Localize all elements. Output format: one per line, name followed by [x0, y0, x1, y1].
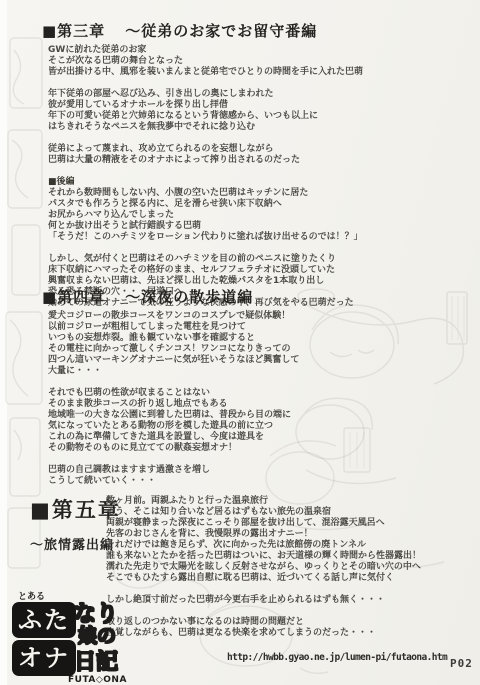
text-line: そこでもひたすら露出自慰に耽る巴萌は、近づいてくる話し声に気付く	[106, 573, 421, 584]
text-line: パスタでも作ろうと探る内に、足を滑らせ狭い床下収納へ	[48, 199, 363, 210]
text-line: それだけでは飽き足らず、次に向かった先は旅館傍の廃トンネル	[106, 540, 421, 551]
chapter5-body: 数ヶ月前。両親ふたりと行った温泉旅行 そう、そこは知り合いなど居るはずもない旅先…	[106, 496, 421, 650]
printed-url: http://hwbb.gyao.ne.jp/lumen-pi/futaona.…	[227, 652, 447, 663]
text-line: 大量に・・・	[48, 366, 299, 377]
text-line: 年下従弟の部屋へ忍び込み、引き出しの奥にしまわれた	[48, 89, 363, 100]
text-line: 皆が出掛ける中、風邪を装いまんまと従弟宅でひとりの時間を手に入れた巴萌	[48, 67, 363, 78]
logo-prefix-text: とある	[18, 589, 45, 602]
text-line: 彼が愛用しているオナホールを探り出し拝借	[48, 100, 363, 111]
logo-black-box-top: ふた	[12, 602, 76, 638]
paragraph: ■後編 それから数時間もしない内、小腹の空いた巴萌はキッチンに居た パスタでも作…	[48, 177, 363, 243]
scan-edge-margin	[0, 0, 7, 685]
paragraph: 年下従弟の部屋へ忍び込み、引き出しの奥にしまわれた 彼が愛用しているオナホールを…	[48, 89, 363, 133]
chapter3-heading-title: 〜従弟のお家でお留守番編	[125, 22, 317, 40]
page-number: P02	[450, 657, 473, 670]
chapter3-section: ■第三章〜従弟のお家でお留守番編 GWに訪れた従弟のお家 そこが次なる巴萌の舞台…	[42, 20, 363, 320]
text-line: お尻からハマり込んでしまった	[48, 210, 363, 221]
scanned-page: ■第三章〜従弟のお家でお留守番編 GWに訪れた従弟のお家 そこが次なる巴萌の舞台…	[0, 0, 480, 685]
chapter4-heading: ■第四章〜深夜の散歩道編	[42, 286, 299, 307]
text-line: 数ヶ月前。両親ふたりと行った温泉旅行	[106, 496, 421, 507]
paragraph: GWに訪れた従弟のお家 そこが次なる巴萌の舞台となった 皆が出掛ける中、風邪を装…	[48, 45, 363, 78]
paragraph: 従弟によって蔑まれ、攻め立てられるのを妄想しながら 巴萌は大量の精液をそのオナホ…	[48, 144, 363, 166]
text-line: GWに訪れた従弟のお家	[48, 45, 363, 56]
text-line: 自覚しながらも、巴萌は更なる快楽を求めてしまうのだった・・・	[106, 628, 421, 639]
text-line: その動物そのものに見立てての獣姦妄想オナ！	[48, 443, 299, 454]
text-line: 床下収納にハマったその格好のまま、セルフフェラチオに没頭していた	[48, 265, 363, 276]
text-line: 先客のおじさんを背に、我慢限界の露出オナニー！	[106, 529, 421, 540]
futaona-logo: とある ふた オナ なり 娘の 日記 FUTA◇ONA	[12, 589, 124, 685]
text-line: 巴萌の自己調教はますます過激さを増し	[48, 465, 299, 476]
chapter4-heading-title: 〜深夜の散歩道編	[125, 288, 253, 306]
paragraph: しかし絶頂寸前だった巴萌が今更右手を止められるはずも無く・・・	[106, 595, 421, 606]
logo-outline-nikki: 日記	[74, 645, 118, 676]
chapter3-body: GWに訪れた従弟のお家 そこが次なる巴萌の舞台となった 皆が出掛ける中、風邪を装…	[48, 45, 363, 309]
chapter4-heading-marker: ■第四章	[42, 288, 105, 306]
text-line: 愛犬コジローの散歩コースをワンコのコスプレで疑似体験！	[48, 311, 299, 322]
text-line: その電柱に向かって激しくチンコス！ワンコになりきっての	[48, 344, 299, 355]
text-line: 両親が寝静まった深夜にこっそり部屋を抜け出して、混浴露天風呂へ	[106, 518, 421, 529]
text-line: 地域唯一の大きな公園に到着した巴萌は、普段から目の端に	[48, 410, 299, 421]
paragraph: 取り返しのつかない事になるのは時間の問題だと 自覚しながらも、巴萌は更なる快楽を…	[106, 617, 421, 639]
paragraph: 巴萌の自己調教はますます過激さを増し こうして続いていく・・・	[48, 465, 299, 487]
text-line: 従弟によって蔑まれ、攻め立てられるのを妄想しながら	[48, 144, 363, 155]
text-line: 年下の可愛い従弟と穴姉弟になるという背徳感から、いつも以上に	[48, 111, 363, 122]
text-line: それでも巴萌の性欲が収まることはない	[48, 388, 299, 399]
text-line: 濡れた先走りで太陽光を眩しく反射させながら、ゆっくりとその暗い穴の中へ	[106, 562, 421, 573]
text-line: しかし、気が付くと巴萌はそのハチミツを目の前のペニスに塗りたくり	[48, 254, 363, 265]
chapter3-heading-marker: ■第三章	[42, 22, 105, 40]
text-line: しかし絶頂寸前だった巴萌が今更右手を止められるはずも無く・・・	[106, 595, 421, 606]
text-line: これの為に準備してきた道具を設置し、今度は遊具を	[48, 432, 299, 443]
chapter3-heading: ■第三章〜従弟のお家でお留守番編	[42, 20, 363, 41]
text-line: 誰も来ないとたかを括った巴萌はついに、お天道様の輝く時間から性器露出！	[106, 551, 421, 562]
text-line: そのまま散歩コースの折り返し地点でもある	[48, 399, 299, 410]
text-line: 以前コジローが粗相してしまった電柱を見つけて	[48, 322, 299, 333]
text-line: そこが次なる巴萌の舞台となった	[48, 56, 363, 67]
text-line: 何とか抜け出そうと試行錯誤する巴萌	[48, 221, 363, 232]
logo-romaji-text: FUTA◇ONA	[68, 675, 127, 685]
paragraph: 数ヶ月前。両親ふたりと行った温泉旅行 そう、そこは知り合いなど居るはずもない旅先…	[106, 496, 421, 584]
chapter3-subheading: ■後編	[48, 177, 363, 188]
text-line: それから数時間もしない内、小腹の空いた巴萌はキッチンに居た	[48, 188, 363, 199]
text-line: 気になっていたとある動物の形を模した遊具の前に立つ	[48, 421, 299, 432]
text-line: 取り返しのつかない事になるのは時間の問題だと	[106, 617, 421, 628]
text-line: 巴萌は大量の精液をそのオナホによって搾り出されるのだった	[48, 155, 363, 166]
chapter4-section: ■第四章〜深夜の散歩道編 愛犬コジローの散歩コースをワンコのコスプレで疑似体験！…	[42, 286, 299, 498]
logo-outline-musume: 娘の	[78, 621, 116, 648]
text-line: 四つん這いマーキングオナニーに気が狂いそうなほど興奮して	[48, 355, 299, 366]
logo-box-top-text: ふた	[18, 608, 70, 632]
logo-black-box-bottom: オナ	[12, 640, 76, 676]
text-line: いつもの妄想炸裂。誰も観ていない事を確認すると	[48, 333, 299, 344]
text-line: そう、そこは知り合いなど居るはずもない旅先の温泉宿	[106, 507, 421, 518]
text-line: こうして続いていく・・・	[48, 476, 299, 487]
chapter4-body: 愛犬コジローの散歩コースをワンコのコスプレで疑似体験！ 以前コジローが粗相してし…	[48, 311, 299, 487]
paragraph: 愛犬コジローの散歩コースをワンコのコスプレで疑似体験！ 以前コジローが粗相してし…	[48, 311, 299, 377]
logo-box-bottom-text: オナ	[18, 646, 70, 670]
paragraph: それでも巴萌の性欲が収まることはない そのまま散歩コースの折り返し地点でもある …	[48, 388, 299, 454]
text-line: はちきれそうなペニスを無我夢中でそれに捻り込む	[48, 122, 363, 133]
text-line: 「そうだ！このハチミツをローション代わりに塗れば抜け出せるのでは！？」	[48, 232, 363, 243]
